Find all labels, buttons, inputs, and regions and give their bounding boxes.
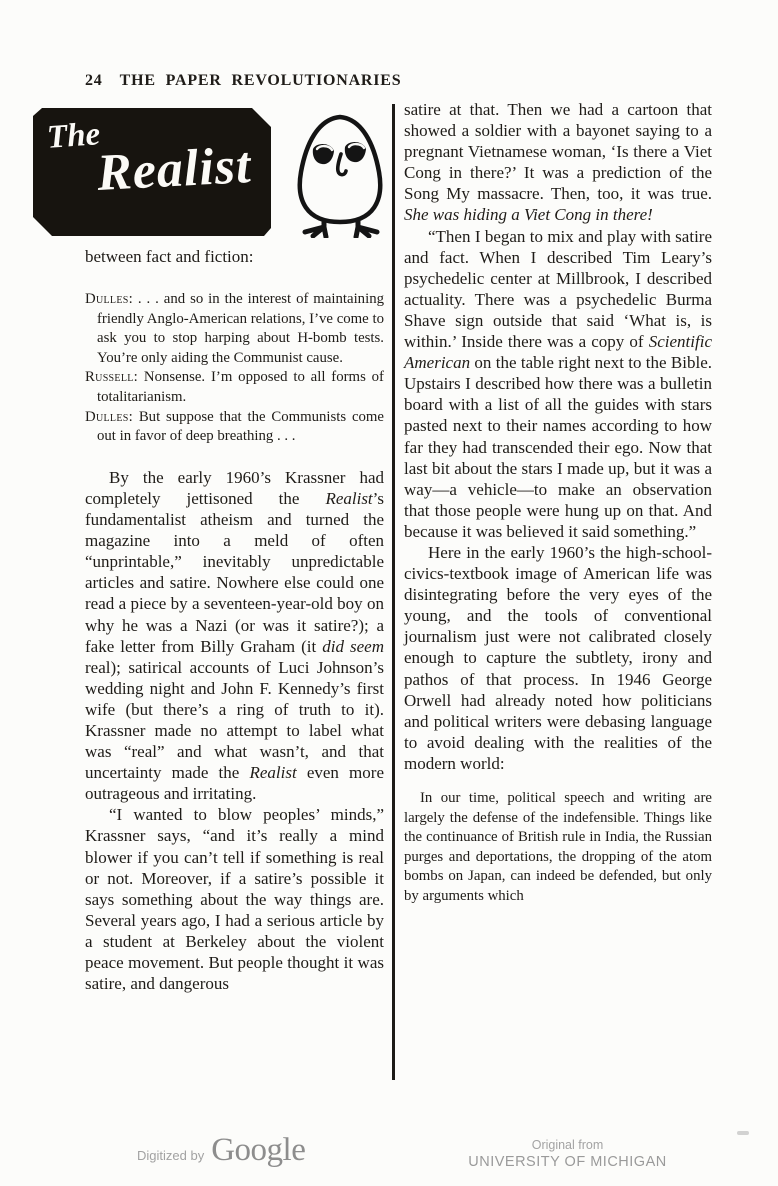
- body-paragraph-blow-minds: “I wanted to blow peoples’ minds,” Krass…: [85, 804, 384, 994]
- digitized-by-google: Digitized by Google: [137, 1132, 305, 1169]
- original-from-label: Original from: [460, 1138, 675, 1152]
- google-logo: Google: [211, 1132, 305, 1169]
- institution-label: UNIVERSITY OF MICHIGAN: [460, 1154, 675, 1170]
- digitized-by-label: Digitized by: [137, 1148, 204, 1163]
- page-header: 24 THE PAPER REVOLUTIONARIES: [85, 72, 401, 90]
- book-title: THE PAPER REVOLUTIONARIES: [120, 72, 402, 90]
- left-text-column: between fact and fiction:Dulles: . . . a…: [85, 246, 384, 994]
- dialogue-dulles-1: Dulles: . . . and so in the interest of …: [85, 290, 384, 368]
- dialogue-dulles-2: Dulles: But suppose that the Communists …: [85, 408, 384, 447]
- scan-smudge-mark: [737, 1131, 749, 1135]
- page-number: 24: [85, 72, 103, 90]
- logo-word-realist: Realist: [96, 136, 253, 203]
- column-divider-rule: [392, 104, 395, 1080]
- orwell-quote: In our time, political speech and writin…: [404, 789, 712, 907]
- realist-logo: The Realist: [33, 108, 271, 236]
- right-text-column: satire at that. Then we had a cartoon th…: [404, 99, 712, 907]
- continuation-paragraph-cartoon: satire at that. Then we had a cartoon th…: [404, 99, 712, 226]
- body-paragraph-orwell-intro: Here in the early 1960’s the high-school…: [404, 542, 712, 774]
- body-paragraph-krassner: By the early 1960’s Krassner had complet…: [85, 467, 384, 805]
- logo-word-the: The: [46, 116, 102, 157]
- dialogue-russell: Russell: Nonsense. I’m opposed to all fo…: [85, 368, 384, 407]
- book-page-scan: 24 THE PAPER REVOLUTIONARIES The Realist…: [0, 0, 778, 1186]
- sad-bird-mascot-icon: [283, 110, 397, 238]
- provenance-note: Original from UNIVERSITY OF MICHIGAN: [460, 1138, 675, 1170]
- body-paragraph-millbrook: “Then I began to mix and play with satir…: [404, 226, 712, 542]
- continuation-line: between fact and fiction:: [85, 246, 384, 267]
